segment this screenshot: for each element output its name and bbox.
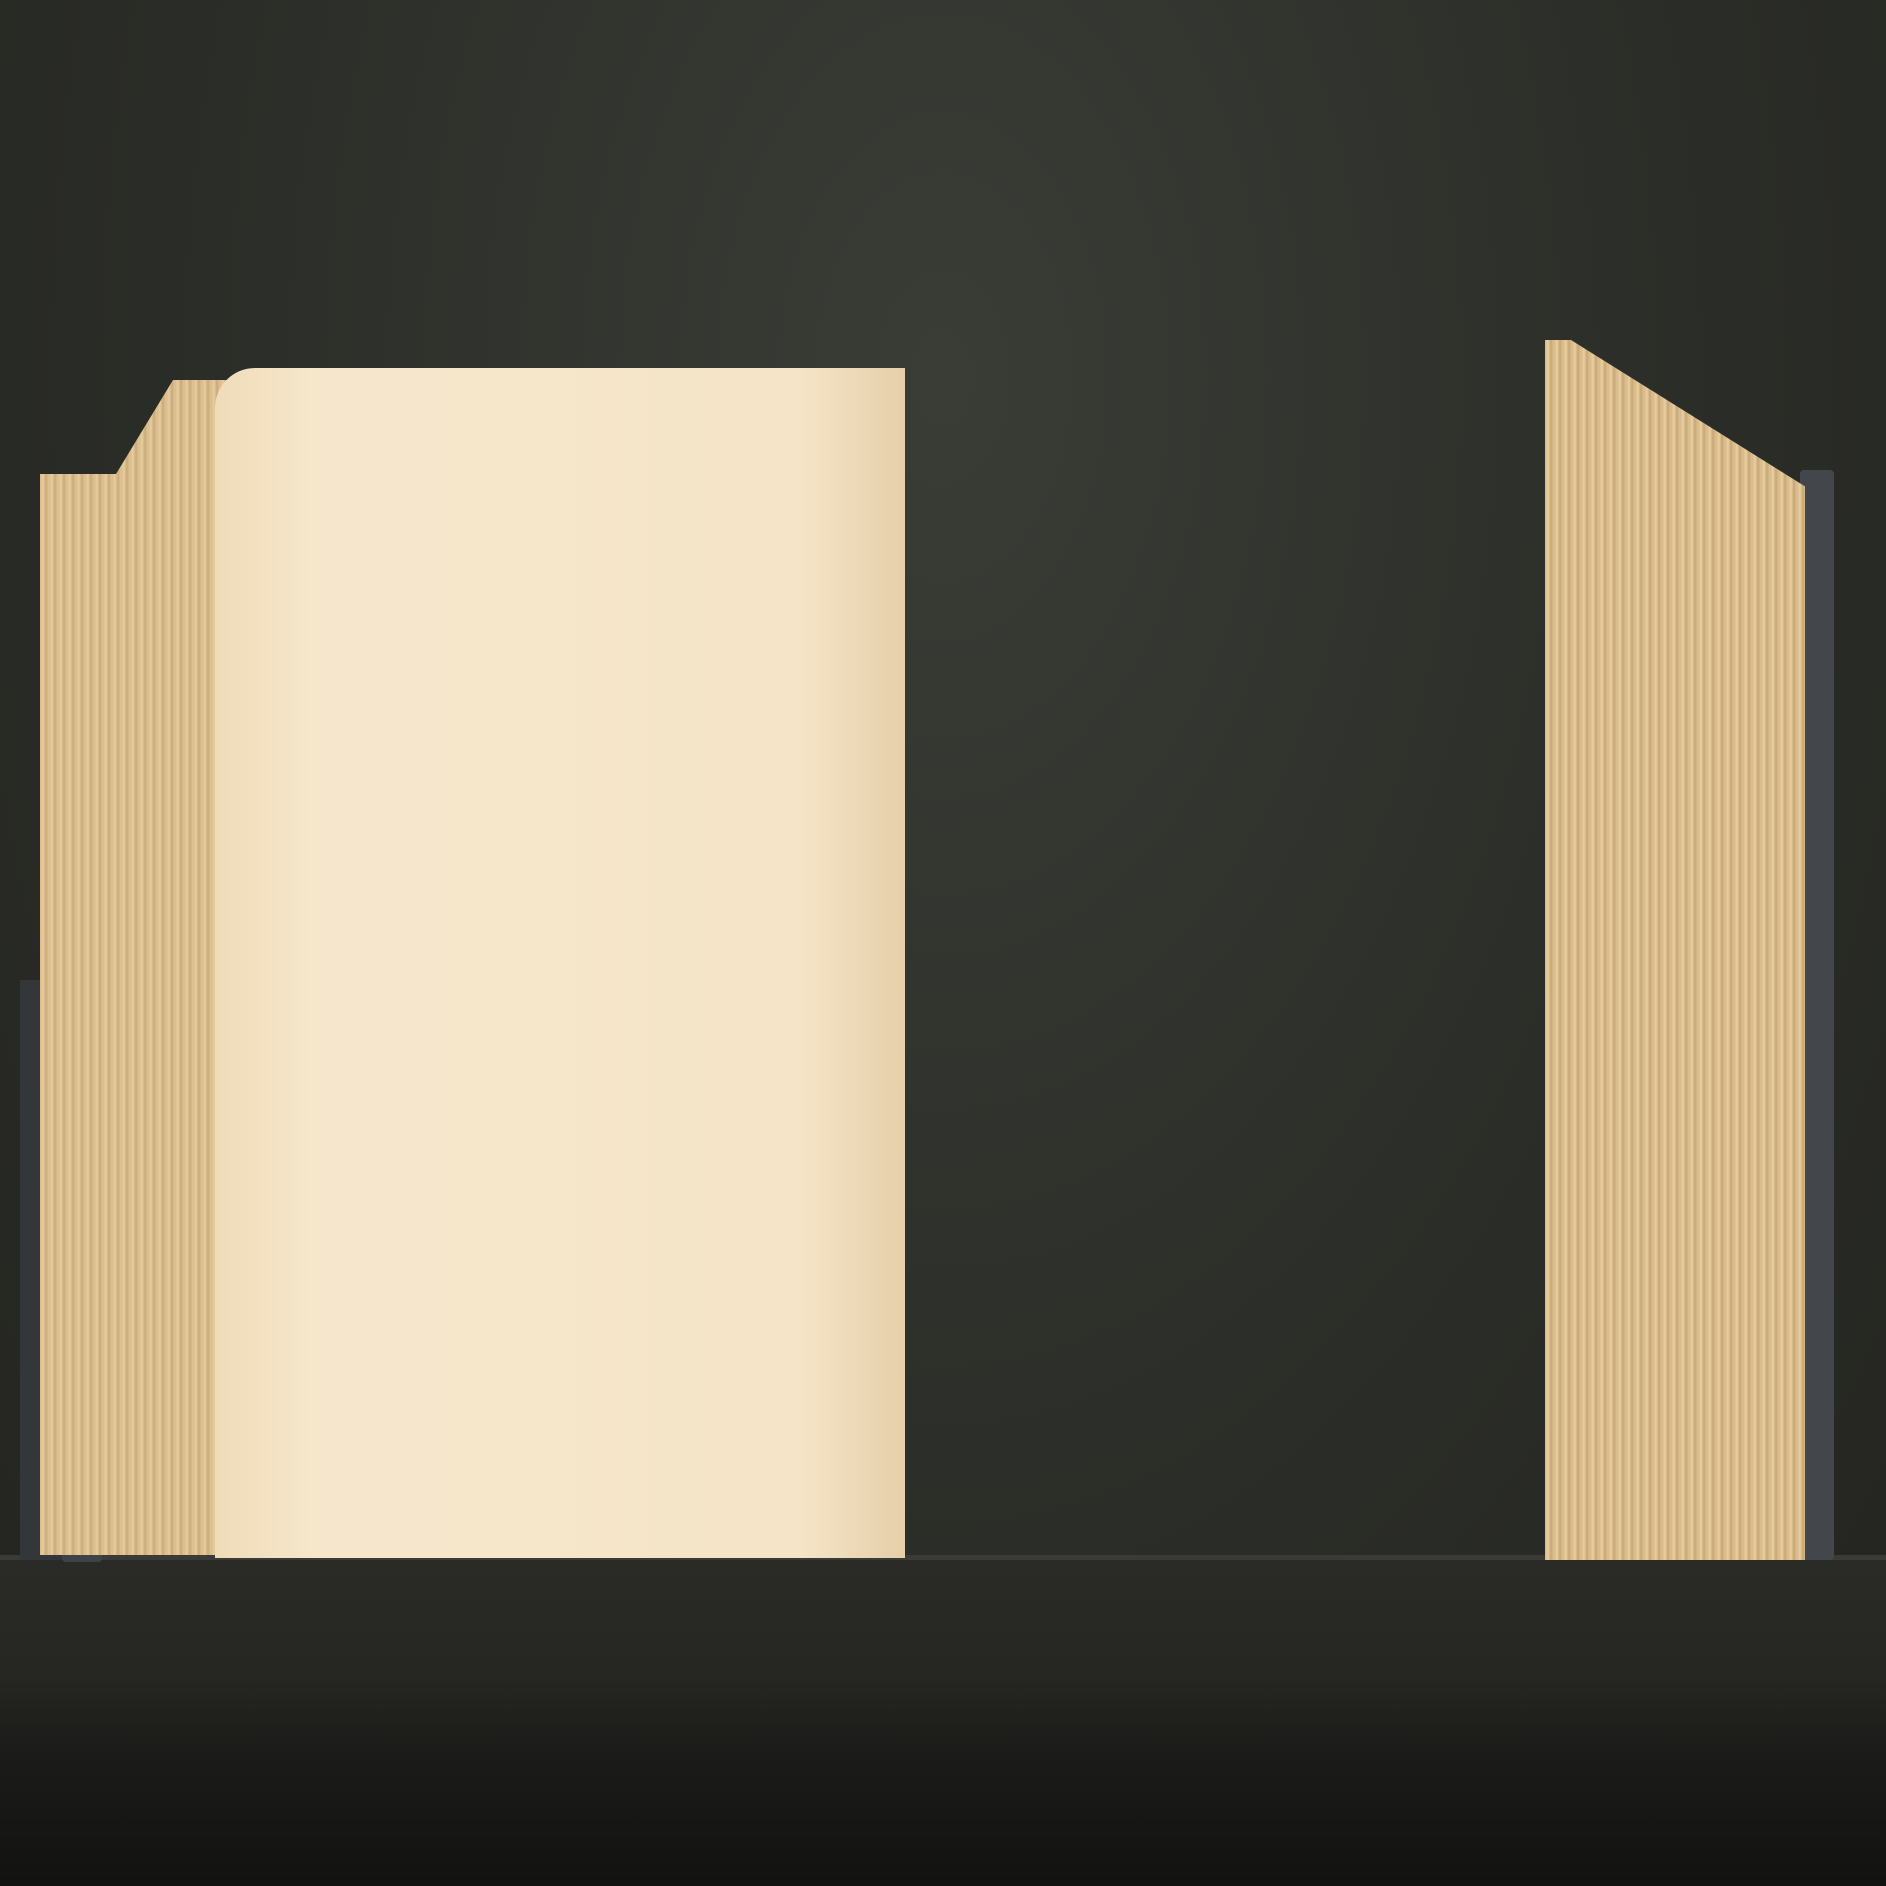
- page-edges-right: [1545, 340, 1805, 1560]
- photo-scene: [0, 0, 1886, 1886]
- left-page: [215, 368, 905, 1558]
- book-cover-right: [1800, 470, 1834, 1560]
- page-edges-left: [40, 380, 230, 1555]
- lectern-ledge: [0, 1560, 1886, 1886]
